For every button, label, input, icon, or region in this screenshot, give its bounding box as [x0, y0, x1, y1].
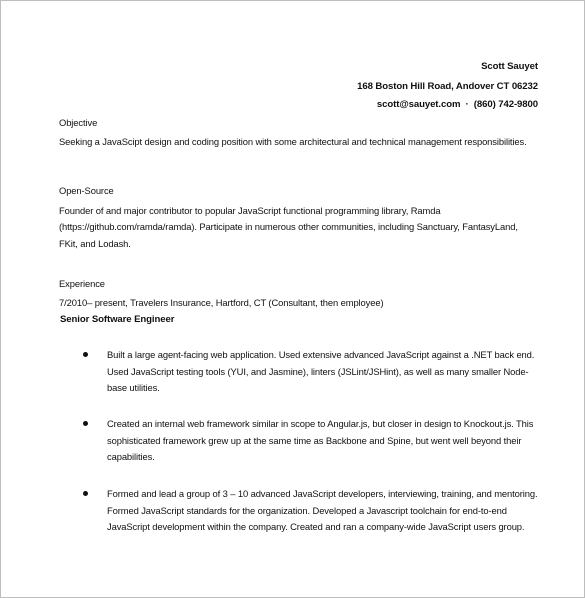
bullet-icon: [83, 352, 88, 357]
job-line: 7/2010– present, Travelers Insurance, Ha…: [59, 295, 539, 311]
email: scott@sauyet.com: [377, 99, 460, 110]
address: 168 Boston Hill Road, Andover CT 06232: [357, 78, 538, 96]
contact-line: scott@sauyet.com · (860) 742-9800: [357, 96, 538, 114]
bullet-icon: [83, 421, 88, 426]
job-title: Senior Software Engineer: [60, 314, 174, 325]
separator-dot: ·: [466, 99, 469, 110]
bullet-icon: [83, 491, 88, 496]
candidate-name: Scott Sauyet: [357, 58, 538, 76]
bullet-text: Built a large agent-facing web applicati…: [107, 347, 539, 397]
bullet-text: Formed and lead a group of 3 – 10 advanc…: [107, 486, 539, 536]
phone: (860) 742-9800: [474, 99, 538, 110]
open-source-heading: Open-Source: [59, 185, 114, 196]
bullet-text: Created an internal web framework simila…: [107, 416, 539, 466]
resume-page: Scott Sauyet 168 Boston Hill Road, Andov…: [0, 0, 585, 598]
objective-text: Seeking a JavaScipt design and coding po…: [59, 134, 539, 150]
experience-heading: Experience: [59, 278, 105, 289]
contact-header: Scott Sauyet 168 Boston Hill Road, Andov…: [357, 58, 538, 114]
objective-heading: Objective: [59, 117, 97, 128]
open-source-text: Founder of and major contributor to popu…: [59, 203, 537, 252]
